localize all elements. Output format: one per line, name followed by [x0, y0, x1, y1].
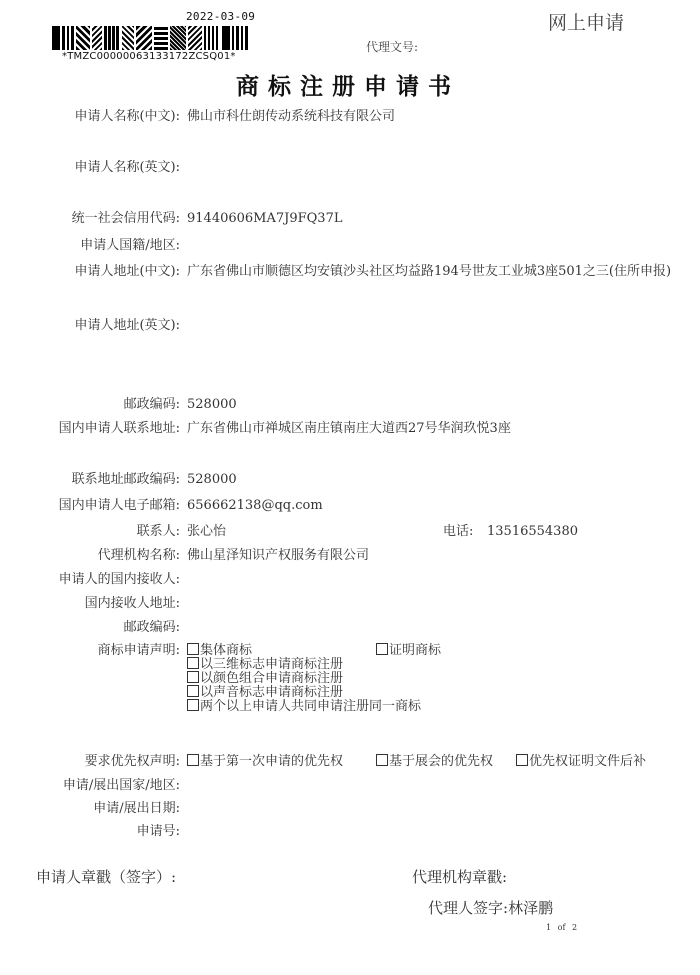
field-value: 91440606MA7J9FQ37L: [187, 211, 677, 227]
page-current: 1: [546, 923, 551, 932]
field-label: 统一社会信用代码:: [72, 211, 180, 227]
page-of: of: [558, 923, 566, 932]
agent-sign-value: 林泽鹏: [508, 899, 553, 917]
field-label: 国内申请人电子邮箱:: [59, 498, 180, 514]
checkbox-icon[interactable]: [376, 754, 388, 766]
field-label: 联系人:: [137, 524, 180, 540]
priority-option-docs-later[interactable]: 优先权证明文件后补: [516, 754, 646, 770]
declaration-option-sound[interactable]: 以声音标志申请商标注册: [187, 685, 677, 699]
field-label: 国内接收人地址:: [85, 596, 180, 612]
submission-date: 2022-03-09: [186, 10, 255, 23]
agent-ref-label: 代理文号:: [366, 38, 418, 55]
field-label: 申请人地址(英文):: [74, 318, 180, 334]
agent-sign-label: 代理人签字:: [428, 899, 508, 917]
field-label: 邮政编码:: [124, 397, 180, 413]
field-value: 广东省佛山市禅城区南庄镇南庄大道西27号华润玖悦3座: [187, 421, 677, 437]
declaration-option-certification[interactable]: 证明商标: [376, 643, 441, 657]
page-title: 商标注册申请书: [236, 68, 460, 101]
field-label: 邮政编码:: [124, 620, 180, 636]
field-label: 申请/展出国家/地区:: [63, 778, 180, 794]
declaration-option-joint[interactable]: 两个以上申请人共同申请注册同一商标: [187, 699, 677, 713]
checkbox-icon[interactable]: [187, 754, 199, 766]
phone-label: 电话:: [443, 524, 473, 540]
submission-type: 网上申请: [548, 8, 624, 35]
declaration-option-3d[interactable]: 以三维标志申请商标注册: [187, 657, 677, 671]
checkbox-icon[interactable]: [376, 643, 388, 655]
declaration-option-color[interactable]: 以颜色组合申请商标注册: [187, 671, 677, 685]
field-label: 申请人地址(中文):: [74, 264, 180, 280]
field-value: 528000: [187, 397, 677, 413]
page-indicator: 1 of 2: [546, 923, 577, 932]
phone-value: 13516554380: [487, 524, 578, 540]
field-label: 联系地址邮政编码:: [72, 472, 180, 488]
field-value: 佛山市科仕朗传动系统科技有限公司: [187, 109, 677, 125]
priority-option-first-filing[interactable]: 基于第一次申请的优先权: [187, 754, 343, 770]
field-value: 528000: [187, 472, 677, 488]
checkbox-icon[interactable]: [516, 754, 528, 766]
field-label: 国内申请人联系地址:: [59, 421, 180, 437]
field-label: 申请人名称(中文):: [74, 109, 180, 125]
field-label: 申请号:: [137, 824, 180, 840]
page-total: 2: [572, 923, 577, 932]
field-label: 申请人的国内接收人:: [59, 572, 180, 588]
field-label: 申请人国籍/地区:: [80, 238, 180, 254]
field-label: 要求优先权声明:: [85, 754, 180, 770]
field-value: 张心怡: [187, 524, 677, 540]
field-value: 佛山星泽知识产权服务有限公司: [187, 548, 677, 564]
barcode-text: *TMZC00000063133172ZCSQ01*: [62, 51, 236, 62]
field-value: 广东省佛山市顺德区均安镇沙头社区均益路194号世友工业城3座501之三(住所申报…: [187, 264, 677, 280]
priority-option-exhibition[interactable]: 基于展会的优先权: [376, 754, 493, 770]
checkbox-icon[interactable]: [187, 699, 199, 711]
checkbox-icon[interactable]: [187, 671, 199, 683]
field-value: 656662138@qq.com: [187, 498, 677, 514]
field-label: 代理机构名称:: [98, 548, 180, 564]
field-label: 商标申请声明:: [98, 643, 180, 659]
checkbox-icon[interactable]: [187, 657, 199, 669]
agency-seal-label: 代理机构章戳:: [412, 866, 507, 887]
checkbox-icon[interactable]: [187, 643, 199, 655]
barcode: [52, 26, 260, 50]
checkbox-icon[interactable]: [187, 685, 199, 697]
field-label: 申请人名称(英文):: [74, 160, 180, 176]
agent-signature: 代理人签字:林泽鹏: [428, 897, 553, 918]
applicant-seal-label: 申请人章戳（签字）:: [36, 866, 176, 887]
field-label: 申请/展出日期:: [93, 801, 180, 817]
